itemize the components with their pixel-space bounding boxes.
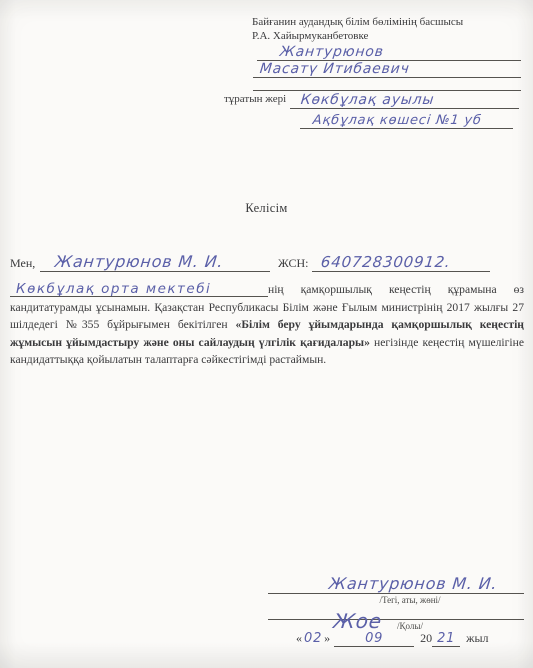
residence-value2-handwritten: Ақбұлақ көшесі №1 уб xyxy=(300,113,483,128)
date-month-slot: 09 xyxy=(334,631,414,647)
iin-line: 640728300912. xyxy=(312,244,490,272)
applicant-name-patronymic-handwritten: Масатү Итибаевич xyxy=(253,61,410,77)
residence-value1-handwritten: Көкбұлақ ауылы xyxy=(290,92,435,108)
scanned-consent-document: Байғанин аудандық білім бөлімінің басшыс… xyxy=(0,0,533,668)
signature-name-handwritten: Жантурюнов М. И. xyxy=(268,574,499,593)
signature-name-line: Жантурюнов М. И. xyxy=(268,566,524,594)
applicant-name-line: Масатү Итибаевич xyxy=(253,60,521,78)
residence-line1: Көкбұлақ ауылы xyxy=(290,88,519,109)
body-paragraph: Көкбұлақ орта мектебінің қамқоршылық кең… xyxy=(10,281,524,369)
applicant-surname-line: Жантурюнов xyxy=(257,42,521,61)
signature-caption: /Қолы/ xyxy=(300,621,520,631)
school-name-handwritten: Көкбұлақ орта мектебі xyxy=(10,281,268,297)
document-title: Келісім xyxy=(0,201,533,216)
date-year-handwritten: 21 xyxy=(437,631,455,646)
date-year-slot: 21 xyxy=(432,631,460,647)
residence-label: тұратын жері xyxy=(224,93,286,106)
addressee-line1: Байғанин аудандық білім бөлімінің басшыс… xyxy=(252,16,463,29)
date-close-quote: » xyxy=(324,631,330,646)
date-suffix: жыл xyxy=(466,631,488,646)
iin-label: ЖСН: xyxy=(278,257,308,270)
date-line: « 02 » 09 20 21 жыл xyxy=(296,631,528,647)
iin-value-handwritten: 640728300912. xyxy=(312,253,452,271)
declarant-name-handwritten: Жантурюнов М. И. xyxy=(40,252,225,271)
residence-line2: Ақбұлақ көшесі №1 уб xyxy=(300,108,513,129)
date-day-handwritten: 02 xyxy=(302,631,324,646)
declarant-name-line: Жантурюнов М. И. xyxy=(40,244,270,272)
applicant-surname-handwritten: Жантурюнов xyxy=(257,44,385,60)
date-century-printed: 20 xyxy=(420,631,432,646)
declaration-intro-label: Мен, xyxy=(10,257,35,270)
date-month-handwritten: 09 xyxy=(365,631,383,646)
signature-scribble-line: Жое xyxy=(268,592,524,620)
